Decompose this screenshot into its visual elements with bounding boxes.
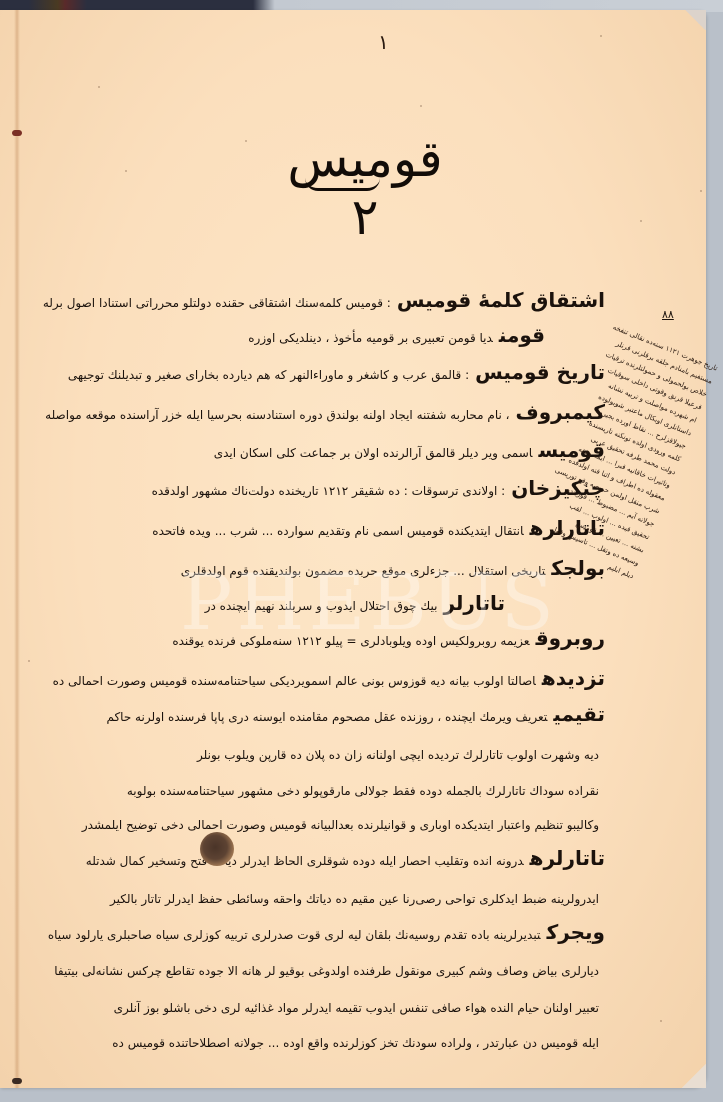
- manuscript-line: تاريخ قوميس: قالمق عرب و كاشغر و ماوراءا…: [68, 362, 605, 382]
- manuscript-line: تاتارلربيك چوق احتلال ايدوب و سربلند نهي…: [205, 593, 505, 613]
- manuscript-line: ويجركتبديرلرينه باده تقدم روسيه‌نك بلقان…: [48, 922, 605, 942]
- binding-stitch: [12, 130, 22, 136]
- page-corner-fold: [684, 10, 706, 30]
- ink-stain: [200, 832, 234, 866]
- binding-gutter: [14, 10, 20, 1088]
- manuscript-page: ١ قوميس ٢ ٨٨ اشتقاق كلمهٔ قوميس: قوميس ك…: [0, 10, 706, 1088]
- manuscript-line: ايدرولرينه ضبط ايدكلری تواحی رصی‌رنا عين…: [110, 886, 605, 906]
- manuscript-line: ايله قوميس دن عبارتدر ، ولراده سودنك تخز…: [112, 1030, 605, 1050]
- marginal-reference-mark: ٨٨: [662, 308, 674, 321]
- binding-stitch: [12, 1078, 22, 1084]
- title-flourish: [305, 178, 380, 191]
- manuscript-line: قومنديا قومن تعبيری بر قوميه مأخوذ ، دين…: [248, 325, 545, 345]
- manuscript-line: تعبير اولنان حيام النده هواء صافی تنفس ا…: [114, 995, 605, 1015]
- manuscript-line: تاتارلرهدرونه انده وتقليب احصار ايله دود…: [86, 848, 605, 868]
- manuscript-line: وكاليبو تنظيم واعتبار ايتديكده اوباری و …: [82, 812, 605, 832]
- manuscript-line: اشتقاق كلمهٔ قوميس: قوميس كلمه‌سنك اشتقا…: [43, 290, 605, 310]
- manuscript-line: كيمبروف، نام محاربه شفتنه ايجاد اولنه بو…: [45, 402, 605, 422]
- page-number: ١: [378, 30, 389, 54]
- manuscript-line: ديارلری بياض وصاف وشم كبيری مونقول طرفند…: [54, 958, 605, 978]
